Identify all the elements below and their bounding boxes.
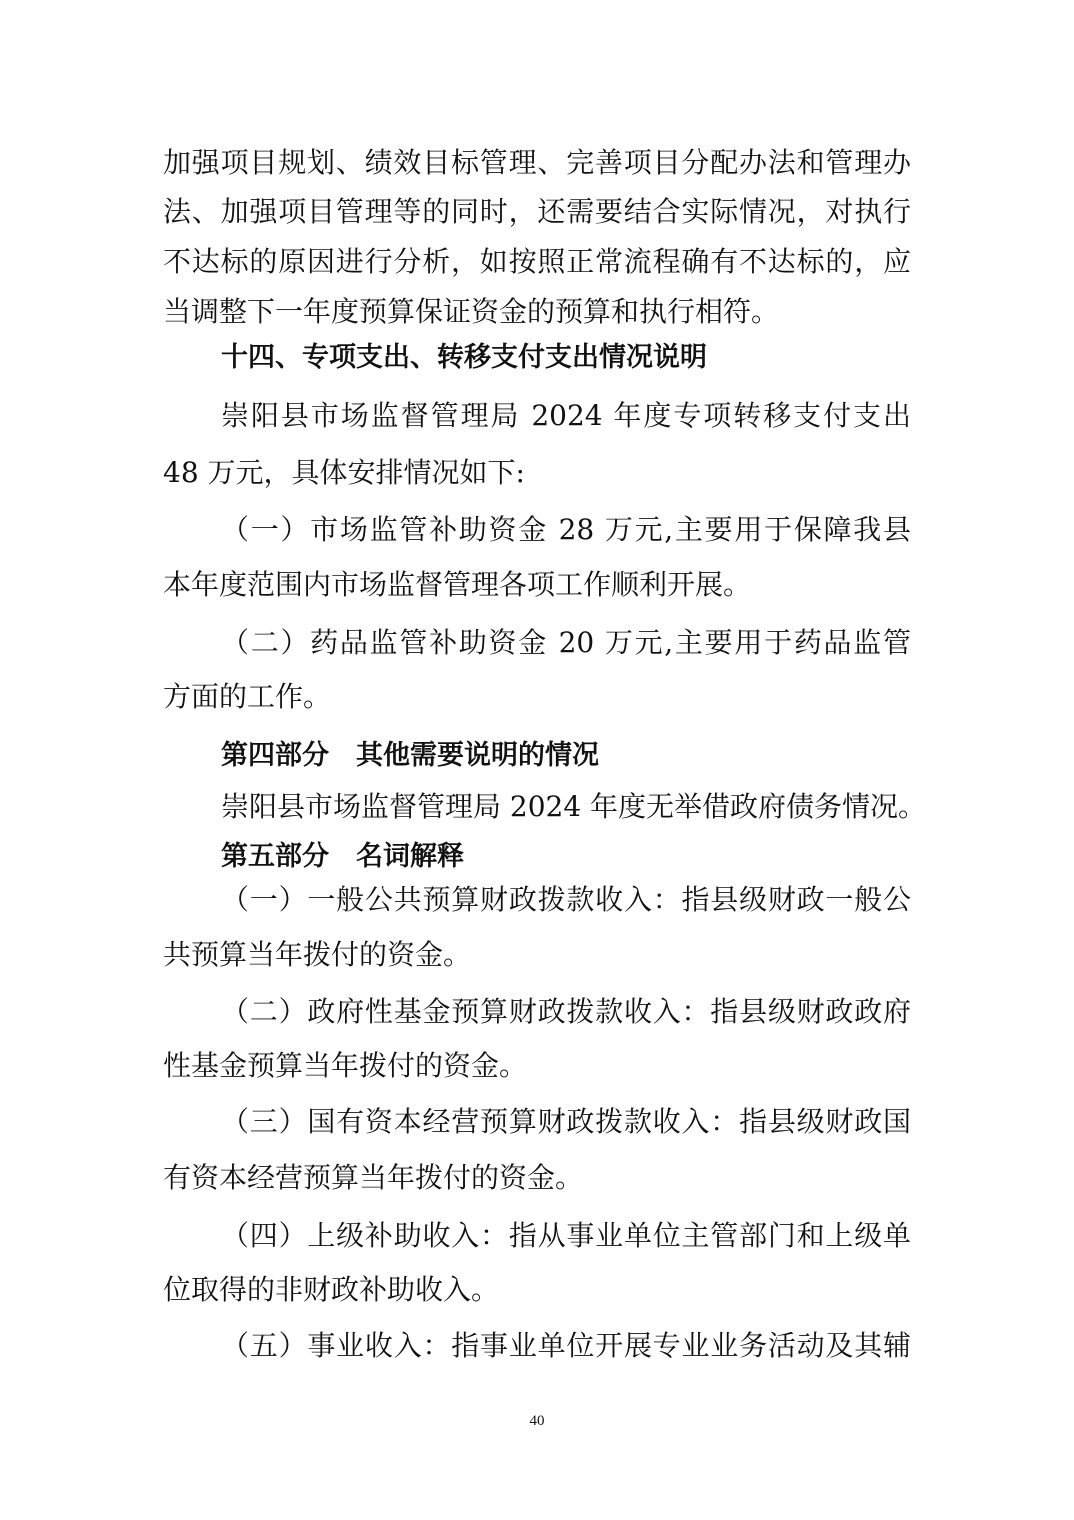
- definition-line: 位取得的非财政补助收入。: [163, 1273, 911, 1307]
- definition-line: 有资本经营预算当年拨付的资金。: [163, 1161, 911, 1195]
- definition-line: （一）一般公共预算财政拨款收入：指县级财政一般公: [221, 883, 911, 917]
- paragraph-line: 48 万元，具体安排情况如下:: [163, 456, 911, 490]
- list-item-line: （二）药品监管补助资金 20 万元,主要用于药品监管: [221, 626, 911, 660]
- paragraph-line: 当调整下一年度预算保证资金的预算和执行相符。: [163, 295, 911, 329]
- definition-line: 性基金预算当年拨付的资金。: [163, 1049, 911, 1083]
- paragraph-line: 加强项目规划、绩效目标管理、完善项目分配办法和管理办: [163, 146, 911, 180]
- paragraph-line: 崇阳县市场监督管理局 2024 年度专项转移支付支出: [221, 399, 911, 433]
- part-heading-5: 第五部分 名词解释: [221, 840, 911, 874]
- list-item-line: （一）市场监管补助资金 28 万元,主要用于保障我县: [221, 513, 911, 547]
- paragraph-line: 法、加强项目管理等的同时，还需要结合实际情况，对执行: [163, 195, 911, 229]
- list-item-line: 本年度范围内市场监督管理各项工作顺利开展。: [163, 568, 911, 602]
- definition-line: （二）政府性基金预算财政拨款收入：指县级财政政府: [221, 995, 911, 1029]
- list-item-line: 方面的工作。: [163, 680, 911, 714]
- definition-line: （五）事业收入：指事业单位开展专业业务活动及其辅: [221, 1329, 911, 1363]
- section-heading-14: 十四、专项支出、转移支付支出情况说明: [221, 341, 911, 375]
- part-heading-4: 第四部分 其他需要说明的情况: [221, 739, 911, 773]
- definition-line: 共预算当年拨付的资金。: [163, 938, 911, 972]
- paragraph-line: 不达标的原因进行分析，如按照正常流程确有不达标的，应: [163, 245, 911, 279]
- definition-line: （四）上级补助收入：指从事业单位主管部门和上级单: [221, 1219, 911, 1253]
- document-page: 加强项目规划、绩效目标管理、完善项目分配办法和管理办 法、加强项目管理等的同时，…: [0, 0, 1074, 1520]
- definition-line: （三）国有资本经营预算财政拨款收入：指县级财政国: [221, 1105, 911, 1139]
- page-number: 40: [0, 1413, 1074, 1430]
- paragraph-line: 崇阳县市场监督管理局 2024 年度无举借政府债务情况。: [221, 790, 911, 824]
